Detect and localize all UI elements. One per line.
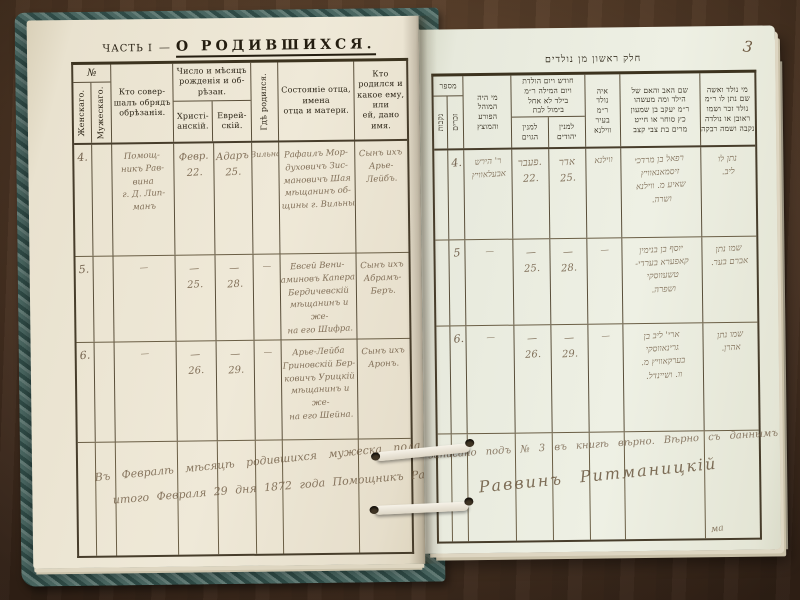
- christian-date-entry: — 26.: [176, 341, 217, 440]
- col-number-header: מספר: [433, 76, 463, 96]
- col-jewish-date-header: Еврей- скій.: [213, 101, 251, 141]
- corner-ink-mark: ма: [710, 523, 724, 535]
- birthplace-entry: —: [255, 340, 283, 439]
- parents-entry: Рафаилъ Мор- духовичъ Зис- мановичъ Шая …: [279, 142, 357, 254]
- entry-number: 4.: [74, 145, 94, 256]
- part-label: ЧАСТЬ I: [102, 43, 153, 55]
- col-parents-header: Состояніе отца, имена отца и матери.: [278, 62, 356, 141]
- table-row: 5 — — 25. — 28. — יוסף בן בנימין קאפערא …: [435, 237, 757, 327]
- right-page-title: חלק ראשון מן נולדים: [431, 52, 755, 67]
- circumciser-entry: —: [115, 342, 178, 442]
- col-female-header: Женскаго.: [73, 83, 92, 143]
- entry-number: 4.: [449, 150, 466, 239]
- table-row: 5. — — 25. — 28. — Евсей Вени- аминовъ К…: [75, 253, 409, 343]
- parents-entry: רפאל בן מרדכי זיסמאנאוויץ שאיע מ. ווילנא…: [621, 147, 702, 237]
- empty-cell: [92, 145, 113, 256]
- christian-date-entry: Февр. 22.: [174, 143, 215, 254]
- christian-date-entry: — 25.: [175, 255, 216, 340]
- jewish-date-entry: — 28.: [550, 239, 588, 324]
- entry-number: 5.: [75, 257, 94, 342]
- childname-entry: שמו נתן אהרן.: [703, 323, 759, 431]
- left-page-title: ЧАСТЬ I—О РОДИВШИХСЯ.: [71, 33, 407, 56]
- civil-date-entry: — 25.: [514, 239, 552, 324]
- right-page: 3 חלק ראשון מן נולדים מספר נקבות זכרים מ…: [419, 25, 781, 553]
- childname-entry: Сынъ ихъ Аронъ.: [358, 339, 411, 439]
- table-row: 4. ר' הירש אבעלאוויץ פעבר. 22. אדר 25. ו…: [434, 147, 756, 241]
- col-females-header: נקבות: [434, 96, 449, 148]
- childname-entry: נתן לו ליב.: [701, 147, 756, 237]
- empty-cell: [94, 257, 115, 342]
- jewish-date-entry: — 29.: [551, 325, 589, 432]
- table-row: 6. — — 26. — 29. — Арье-Лейба Гриновскій…: [77, 339, 411, 443]
- parents-entry: Арье-Лейба Гриновскій Бер- ковичъ Урицкі…: [281, 340, 359, 440]
- col-parents-header: שם האב והאם של הילד ומה מעשהו ר״מ יעקב ב…: [620, 73, 701, 146]
- jewish-date-entry: Адаръ 25.: [214, 143, 254, 254]
- jewish-date-entry: — 28.: [215, 255, 254, 340]
- parents-entry: ארי' ליב בן גרינאווסקי בערקאוויץ מ. וו. …: [623, 323, 704, 431]
- col-civil-date-header: למנין הגוים: [512, 117, 549, 147]
- col-childname-header: מי נולד ואשה שם נתן לו ר״מ נולד זכר ושמו…: [700, 73, 755, 146]
- circumciser-entry: —: [114, 256, 177, 342]
- col-birthplace-header: Гдѣ родился.: [251, 62, 279, 140]
- birthplace-entry: Вильна: [252, 142, 280, 253]
- col-number-header: №: [73, 65, 110, 83]
- col-males-header: זכרים: [448, 96, 464, 148]
- date-column-group: Число и мѣсяцъ рожденія и об- рѣзан. Хри…: [173, 63, 252, 142]
- col-birthplace-header: איה נולד ר״מ בעיר ווילנא: [585, 74, 621, 146]
- left-table-header: № Женскаго. Мужескаго. Кто совер- шалъ о…: [73, 61, 407, 145]
- entry-number: 5: [450, 240, 467, 325]
- civil-date-entry: — 26.: [515, 325, 553, 432]
- col-dates-header: Число и мѣсяцъ рожденія и об- рѣзан.: [173, 63, 251, 102]
- birthplace-entry: —: [587, 238, 623, 323]
- col-dates-header: חודש ויום הולדת ויום המילה ר״מ בילד לא א…: [512, 75, 585, 118]
- birthplace-entry: —: [254, 254, 282, 339]
- col-male-header: Мужескаго.: [91, 83, 111, 143]
- col-christian-date-header: Христі- анскій.: [173, 101, 213, 141]
- entry-number: 6.: [77, 343, 97, 442]
- number-column-group: מספר נקבות זכרים: [433, 76, 464, 148]
- birthplace-entry: ווילנא: [586, 148, 622, 237]
- empty-cell: [434, 150, 449, 239]
- mohel-entry: —: [466, 240, 515, 326]
- civil-date-entry: פעבר. 22.: [512, 149, 550, 238]
- right-table-header: מספר נקבות זכרים מי היה המוהל הפורע והמו…: [433, 73, 755, 151]
- left-register-table: № Женскаго. Мужескаго. Кто совер- шалъ о…: [71, 58, 414, 558]
- circumciser-entry: Помощ- никъ Рав- вина г. Д. Лип- манъ: [112, 144, 175, 256]
- childname-entry: Сынъ ихъ Арье-Лейбъ.: [355, 141, 408, 253]
- mohel-entry: ר' הירש אבעלאוויץ: [465, 150, 514, 240]
- col-jewish-date-header: למנין יהודים: [548, 117, 585, 147]
- left-footer-area: Въ Февралѣ мѣсяцѣ родившихся мужеска пол…: [78, 439, 412, 556]
- title-dash: —: [153, 41, 176, 54]
- number-column-group: № Женскаго. Мужескаго.: [73, 65, 112, 143]
- births-title: О РОДИВШИХСЯ.: [176, 36, 376, 57]
- childname-entry: שמו נתן אברם בער.: [702, 237, 757, 323]
- left-page: ЧАСТЬ I—О РОДИВШИХСЯ. № Женскаго. Мужеск…: [27, 16, 426, 569]
- date-column-group: חודש ויום הולדת ויום המילה ר״מ בילד לא א…: [512, 75, 586, 148]
- mohel-entry: —: [467, 326, 516, 434]
- parents-entry: יוסף בן בנימין קאפערא בערדי- טשעווסקי וש…: [622, 237, 703, 323]
- table-row: 6. — — 26. — 29. — ארי' ליב בן גרינאווסק…: [436, 323, 758, 435]
- jewish-date-entry: אדר 25.: [549, 149, 587, 238]
- entry-number: 6.: [451, 326, 468, 433]
- col-mohel-header: מי היה המוהל הפורע והמוצץ: [464, 76, 513, 149]
- empty-cell: [95, 342, 116, 441]
- empty-cell: [435, 240, 450, 325]
- metrical-book: ЧАСТЬ I—О РОДИВШИХСЯ. № Женскаго. Мужеск…: [12, 0, 789, 595]
- childname-entry: Сынъ ихъ Абрамъ-Беръ.: [357, 253, 410, 339]
- birthplace-entry: —: [588, 324, 624, 431]
- table-row: 4. Помощ- никъ Рав- вина г. Д. Лип- манъ…: [74, 141, 408, 257]
- jewish-date-entry: — 29.: [216, 341, 255, 440]
- empty-cell: [436, 326, 452, 433]
- parents-entry: Евсей Вени- аминовъ Капера Бердичевскій …: [280, 254, 358, 340]
- col-childname-header: Кто родился и какое ему, или ей, дано им…: [354, 61, 407, 140]
- col-circumciser-header: Кто совер- шалъ обрядъ обрѣзанія.: [111, 64, 174, 143]
